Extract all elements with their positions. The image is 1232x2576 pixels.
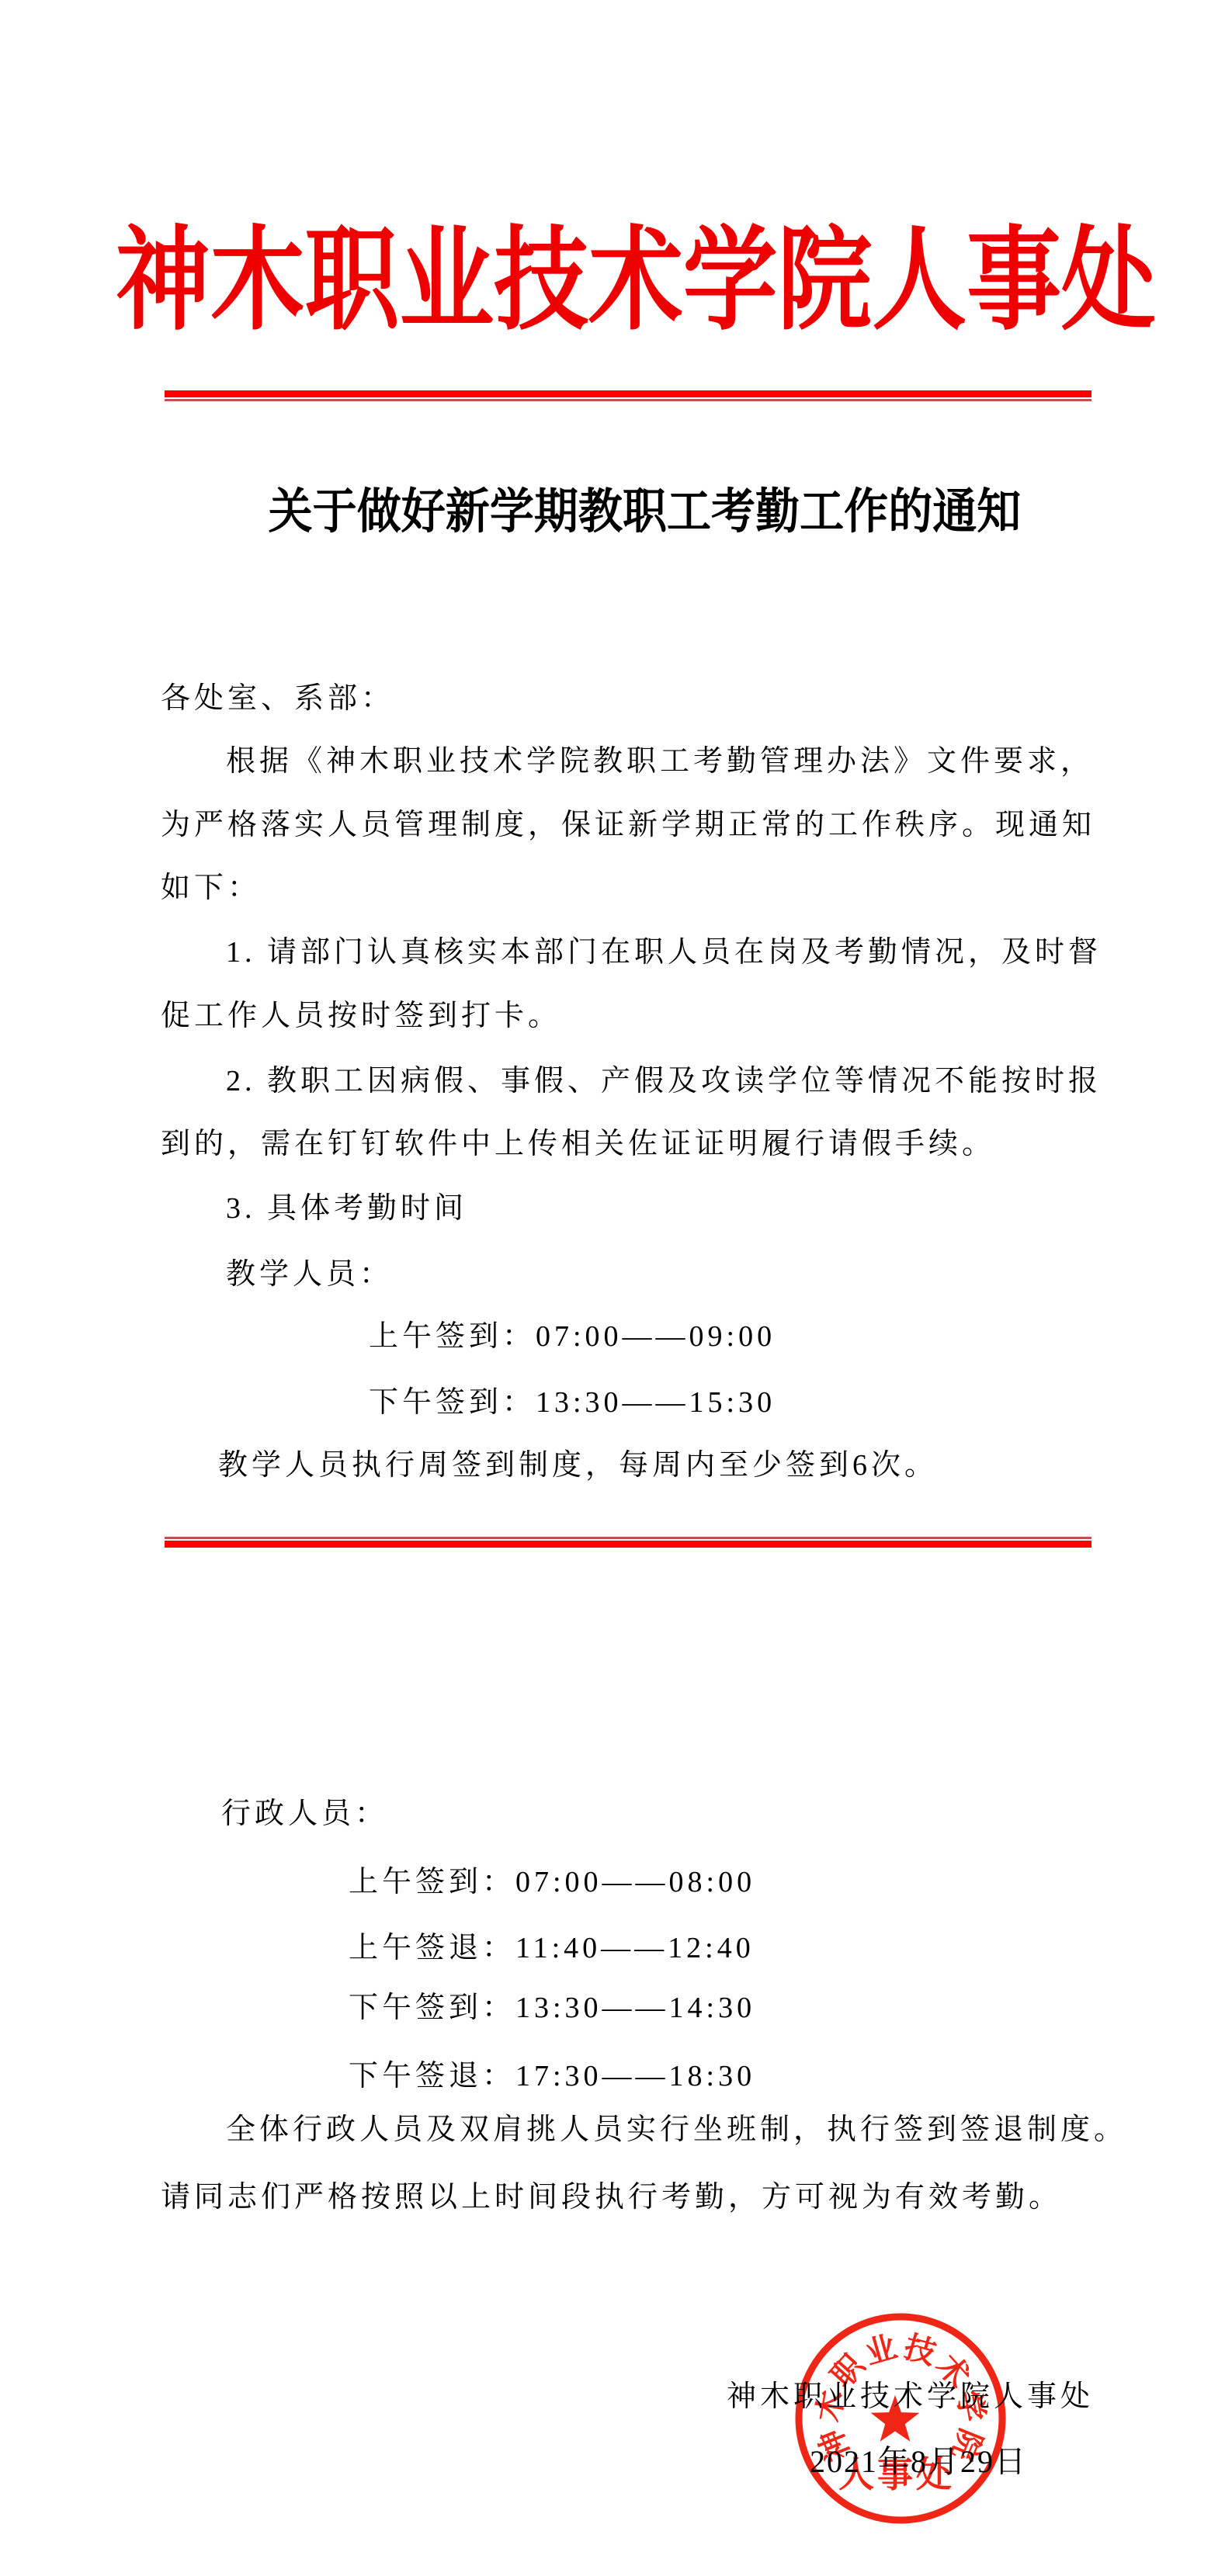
body-line-item-2: 2. 教职工因病假、事假、产假及攻读学位等情况不能按时报 — [226, 1066, 1102, 1097]
admin-afternoon-signin-time: 下午签到：13:30——14:30 — [349, 1993, 755, 2024]
seal-arc-char: 业 — [861, 2329, 901, 2371]
teaching-afternoon-signin-time: 下午签到：13:30——15:30 — [369, 1388, 776, 1419]
seal-arc-char: 技 — [901, 2329, 940, 2371]
body-line: 到的，需在钉钉软件中上传相关佐证证明履行请假手续。 — [161, 1129, 995, 1160]
teaching-morning-signin-time: 上午签到：07:00——09:00 — [369, 1322, 776, 1353]
seal-star-icon — [871, 2395, 920, 2442]
page-break-thick-line — [165, 1541, 1091, 1548]
page-break-divider — [165, 1537, 1091, 1548]
admin-morning-signin-time: 上午签到：07:00——08:00 — [349, 1867, 755, 1898]
body-line: 为严格落实人员管理制度，保证新学期正常的工作秩序。现通知 — [161, 810, 1095, 841]
body-line: 如下： — [161, 873, 261, 904]
body-line: 促工作人员按时签到打卡。 — [161, 1001, 561, 1032]
teaching-staff-label: 教学人员： — [226, 1260, 393, 1291]
seal-arc-char: 学 — [950, 2388, 990, 2425]
letterhead-title: 神木职业技术学院人事处 — [116, 226, 1150, 338]
letterhead-divider-thick-line — [165, 390, 1091, 397]
body-line: 根据《神木职业技术学院教职工考勤管理办法》文件要求， — [226, 747, 1094, 778]
admin-afternoon-signout-time: 下午签退：17:30——18:30 — [349, 2061, 755, 2092]
notice-document-page: 神木职业技术学院人事处 关于做好新学期教职工考勤工作的通知 各处室、系部： 根据… — [0, 0, 1232, 2576]
body-line-item-3: 3. 具体考勤时间 — [226, 1194, 467, 1225]
body-line-item-1: 1. 请部门认真核实本部门在职人员在岗及考勤情况，及时督 — [226, 938, 1102, 969]
letterhead-divider-thin-line — [165, 399, 1091, 401]
document-title: 关于做好新学期教职工考勤工作的通知 — [78, 487, 1211, 538]
body-line: 教学人员执行周签到制度，每周内至少签到6次。 — [218, 1451, 938, 1482]
official-seal: 神 木 职 业 技 术 学 院 人事处 — [790, 2308, 1011, 2529]
body-line: 全体行政人员及双肩挑人员实行坐班制，执行签到签退制度。 — [226, 2115, 1127, 2146]
seal-department-label: 人事处 — [838, 2455, 955, 2495]
seal-arc-char: 木 — [810, 2388, 850, 2425]
salutation-line: 各处室、系部： — [161, 684, 394, 715]
seal-arc-char: 术 — [930, 2348, 977, 2394]
seal-arc-char: 职 — [824, 2347, 872, 2394]
admin-morning-signout-time: 上午签退：11:40——12:40 — [349, 1933, 755, 1964]
admin-staff-label: 行政人员： — [221, 1799, 388, 1830]
body-line: 请同志们严格按照以上时间段执行考勤，方可视为有效考勤。 — [161, 2182, 1062, 2214]
page-break-thin-line — [165, 1537, 1091, 1539]
letterhead-divider — [165, 390, 1091, 401]
